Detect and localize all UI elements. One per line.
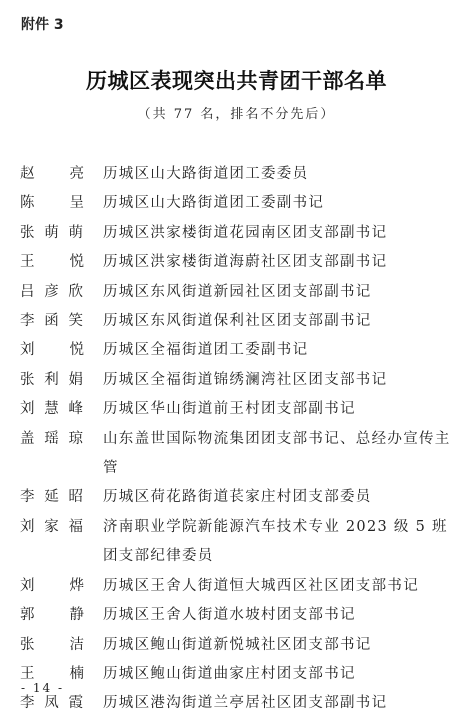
name-char: 楠: [70, 660, 85, 689]
name-char: 李: [20, 307, 36, 336]
position-description: 历城区洪家楼街道海蔚社区团支部副书记: [103, 248, 387, 277]
position-description: 历城区山大路街道团工委副书记: [103, 189, 324, 218]
position-description: 历城区全福街道锦绣澜湾社区团支部书记: [103, 366, 387, 395]
person-name: 赵亮: [20, 160, 84, 189]
list-item: 李函笑历城区东风街道保利社区团支部副书记: [20, 307, 460, 336]
name-char: 利: [44, 366, 60, 395]
name-char: 王: [20, 248, 35, 277]
name-char: 李: [20, 483, 36, 512]
document-subtitle: （共 77 名，排名不分先后）: [0, 103, 473, 122]
list-item: 赵亮历城区山大路街道团工委委员: [20, 160, 460, 189]
position-description: 历城区鲍山街道新悦城社区团支部书记: [103, 631, 372, 660]
name-char: 福: [69, 513, 85, 542]
list-item: 张利娟历城区全福街道锦绣澜湾社区团支部书记: [20, 366, 460, 395]
person-name: 郭静: [20, 601, 84, 630]
list-item: 王悦历城区洪家楼街道海蔚社区团支部副书记: [20, 248, 460, 277]
name-char: 张: [20, 631, 35, 660]
person-name: 张洁: [20, 631, 84, 660]
list-item: 刘烨历城区王舍人街道恒大城西区社区团支部书记: [20, 572, 460, 601]
name-char: 张: [20, 219, 36, 248]
position-description: 历城区港沟街道兰亭居社区团支部副书记: [103, 689, 387, 718]
person-name: 刘家福: [20, 513, 84, 542]
document-title: 历城区表现突出共青团干部名单: [0, 65, 473, 95]
name-char: 刘: [20, 336, 35, 365]
list-item: 郭静历城区王舍人街道水坡村团支部书记: [20, 601, 460, 630]
list-item: 王楠历城区鲍山街道曲家庄村团支部书记: [20, 660, 460, 689]
name-char: 陈: [20, 189, 35, 218]
position-description: 历城区东风街道保利社区团支部副书记: [103, 307, 372, 336]
position-description: 山东盖世国际物流集团团支部书记、总经办宣传主管: [103, 425, 460, 484]
name-char: 娟: [69, 366, 85, 395]
name-char: 静: [70, 601, 85, 630]
position-description: 历城区王舍人街道恒大城西区社区团支部书记: [103, 572, 419, 601]
person-name: 陈呈: [20, 189, 84, 218]
position-description: 历城区王舍人街道水坡村团支部书记: [103, 601, 356, 630]
name-char: 张: [20, 366, 36, 395]
name-char: 悦: [70, 336, 85, 365]
attachment-label: 附件 3: [21, 14, 64, 34]
name-char: 昭: [69, 483, 85, 512]
person-name: 刘慧峰: [20, 395, 84, 424]
name-char: 呈: [70, 189, 85, 218]
name-char: 吕: [20, 278, 36, 307]
name-char: 亮: [70, 160, 85, 189]
person-name: 刘悦: [20, 336, 84, 365]
person-name: 李函笑: [20, 307, 84, 336]
list-item: 李凤霞历城区港沟街道兰亭居社区团支部副书记: [20, 689, 460, 718]
position-description: 历城区东风街道新园社区团支部副书记: [103, 278, 372, 307]
name-char: 瑶: [44, 425, 60, 454]
list-item: 陈呈历城区山大路街道团工委副书记: [20, 189, 460, 218]
name-char: 家: [44, 513, 60, 542]
name-char: 赵: [20, 160, 35, 189]
name-char: 郭: [20, 601, 35, 630]
name-char: 悦: [70, 248, 85, 277]
name-char: 刘: [20, 572, 35, 601]
person-name: 盖瑶琼: [20, 425, 84, 454]
name-char: 函: [44, 307, 60, 336]
position-description: 历城区鲍山街道曲家庄村团支部书记: [103, 660, 356, 689]
name-char: 延: [44, 483, 60, 512]
list-item: 吕彦欣历城区东风街道新园社区团支部副书记: [20, 278, 460, 307]
name-char: 峰: [69, 395, 85, 424]
list-item: 李延昭历城区荷花路街道苌家庄村团支部委员: [20, 483, 460, 512]
name-char: 霞: [69, 689, 85, 718]
name-char: 烨: [70, 572, 85, 601]
name-char: 欣: [69, 278, 85, 307]
name-char: 琼: [69, 425, 85, 454]
person-name: 吕彦欣: [20, 278, 84, 307]
person-name: 张萌萌: [20, 219, 84, 248]
name-char: 盖: [20, 425, 36, 454]
list-item: 张洁历城区鲍山街道新悦城社区团支部书记: [20, 631, 460, 660]
name-char: 萌: [44, 219, 60, 248]
list-item: 刘慧峰历城区华山街道前王村团支部副书记: [20, 395, 460, 424]
list-item: 盖瑶琼山东盖世国际物流集团团支部书记、总经办宣传主管: [20, 425, 460, 484]
list-item: 刘家福济南职业学院新能源汽车技术专业 2023 级 5 班团支部纪律委员: [20, 513, 460, 572]
name-char: 萌: [69, 219, 85, 248]
person-name: 李延昭: [20, 483, 84, 512]
name-char: 笑: [69, 307, 85, 336]
name-char: 洁: [70, 631, 85, 660]
position-description: 历城区华山街道前王村团支部副书记: [103, 395, 356, 424]
position-description: 济南职业学院新能源汽车技术专业 2023 级 5 班团支部纪律委员: [103, 513, 460, 572]
name-char: 刘: [20, 395, 36, 424]
position-description: 历城区全福街道团工委副书记: [103, 336, 308, 365]
name-list: 赵亮历城区山大路街道团工委委员陈呈历城区山大路街道团工委副书记张萌萌历城区洪家楼…: [20, 160, 460, 718]
name-char: 彦: [44, 278, 60, 307]
person-name: 刘烨: [20, 572, 84, 601]
person-name: 王悦: [20, 248, 84, 277]
list-item: 刘悦历城区全福街道团工委副书记: [20, 336, 460, 365]
position-description: 历城区洪家楼街道花园南区团支部副书记: [103, 219, 387, 248]
person-name: 张利娟: [20, 366, 84, 395]
list-item: 张萌萌历城区洪家楼街道花园南区团支部副书记: [20, 219, 460, 248]
name-char: 刘: [20, 513, 36, 542]
position-description: 历城区荷花路街道苌家庄村团支部委员: [103, 483, 372, 512]
page-number: - 14 -: [21, 681, 64, 695]
position-description: 历城区山大路街道团工委委员: [103, 160, 308, 189]
name-char: 慧: [44, 395, 60, 424]
